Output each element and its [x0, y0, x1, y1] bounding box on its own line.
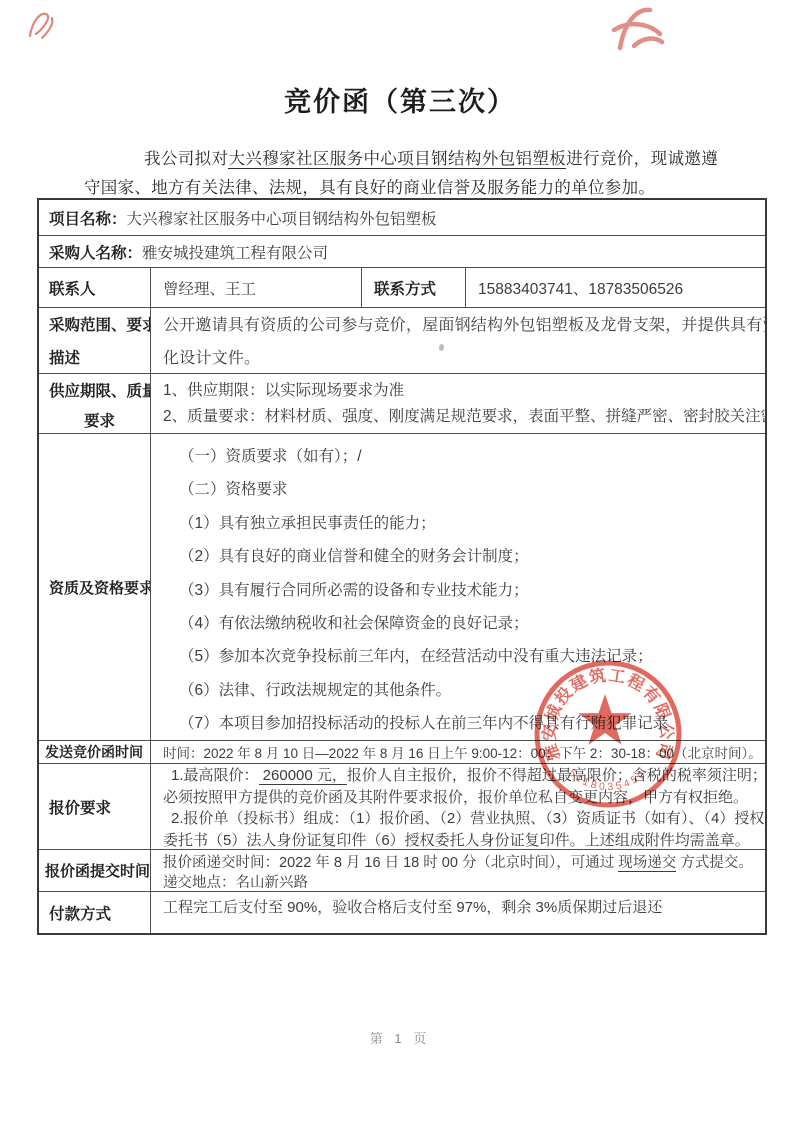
qualification-line: （5）参加本次竞争投标前三年内，在经营活动中没有重大违法记录；: [179, 640, 765, 673]
scan-speck: [439, 344, 444, 351]
quote-req-line2: 必须按照甲方提供的竞价函及其附件要求报价，报价单位私自变更内容，甲方有权拒绝。: [163, 787, 765, 809]
submit-time-line1-pre: 报价函递交时间：2022 年 8 月 16 日 18 时 00 分（北京时间），…: [163, 855, 618, 871]
table-row-quote-req: 报价要求 1.最高限价： 260000 元，报价人自主报价，报价不得超过最高限价…: [39, 763, 765, 849]
scope-content-cell: 公开邀请具有资质的公司参与竞价，屋面钢结构外包铝塑板及龙骨支架，并提供具有资质单…: [150, 308, 765, 373]
scope-label-line2: 描述: [49, 342, 150, 373]
qualification-line: （7）本项目参加招投标活动的投标人在前三年内不得具有行贿犯罪记录: [179, 707, 765, 740]
table-row-scope: 采购范围、要求 描述 公开邀请具有资质的公司参与竞价，屋面钢结构外包铝塑板及龙骨…: [39, 307, 765, 373]
scope-line1: 公开邀请具有资质的公司参与竞价，屋面钢结构外包铝塑板及龙骨支架，并提供具有资质单…: [163, 308, 765, 342]
page-title: 竞价函（第三次）: [0, 80, 800, 119]
purchaser-value: 雅安城投建筑工程有限公司: [142, 245, 328, 262]
contact-label-cell: 联系人: [39, 268, 150, 307]
scope-label-line1: 采购范围、要求: [49, 308, 150, 342]
qualification-line: （6）法律、行政法规规定的其他条件。: [179, 674, 765, 707]
quote-req-label-cell: 报价要求: [39, 764, 150, 849]
table-row-supply: 供应期限、质量 要求 1、供应期限：以实际现场要求为准 2、质量要求：材料材质、…: [39, 373, 765, 433]
qualification-label-cell: 资质及资格要求: [39, 434, 150, 740]
table-row-contact: 联系人 曾经理、王工 联系方式 15883403741、18783506526: [39, 267, 765, 307]
red-ink-artifact-left: [22, 4, 62, 44]
max-price-underlined: 260000 元，: [259, 767, 347, 785]
supply-content-cell: 1、供应期限：以实际现场要求为准 2、质量要求：材料材质、强度、刚度满足规范要求…: [150, 374, 765, 433]
payment-value-cell: 工程完工后支付至 90%，验收合格后支付至 97%，剩余 3%质保期过后退还: [150, 892, 765, 933]
scope-label-cell: 采购范围、要求 描述: [39, 308, 150, 373]
project-cell: 项目名称：大兴穆家社区服务中心项目钢结构外包铝塑板: [39, 207, 437, 229]
intro-pre: 我公司拟对: [144, 150, 228, 168]
quote-req-line1-post: 报价人自主报价，报价不得超过最高限价；含税的税率须注明；报价: [347, 767, 765, 784]
qualification-line: （2）具有良好的商业信誉和健全的财务会计制度；: [179, 540, 765, 573]
quote-req-line1-pre: 1.最高限价：: [171, 767, 259, 784]
table-row-purchaser: 采购人名称：雅安城投建筑工程有限公司: [39, 235, 765, 267]
submit-time-line2: 递交地点：名山新兴路: [163, 873, 765, 891]
qualification-line: （4）有依法缴纳税收和社会保障资金的良好记录；: [179, 607, 765, 640]
page-number: 第 1 页: [0, 1028, 800, 1047]
send-time-value-cell: 时间：2022 年 8 月 10 日—2022 年 8 月 16 日上午 9:0…: [150, 741, 765, 763]
table-row-qualification: 资质及资格要求 （一）资质要求（如有）；/ （二）资格要求 （1）具有独立承担民…: [39, 433, 765, 740]
submit-time-label-cell: 报价函提交时间: [39, 850, 150, 891]
contact-name-cell: 曾经理、王工: [150, 268, 361, 307]
supply-label-cell: 供应期限、质量 要求: [39, 374, 150, 433]
red-ink-artifact-right: [606, 0, 668, 52]
payment-label-cell: 付款方式: [39, 892, 150, 933]
submit-method-underlined: 现场递交: [618, 855, 676, 872]
quote-req-line3: 2.报价单（投标书）组成：（1）报价函、（2）营业执照、（3）资质证书（如有）、…: [163, 808, 765, 830]
table-row-payment: 付款方式 工程完工后支付至 90%，验收合格后支付至 97%，剩余 3%质保期过…: [39, 891, 765, 933]
supply-label-line2: 要求: [49, 407, 150, 433]
project-label: 项目名称：: [49, 211, 127, 228]
document-page: 竞价函（第三次） 我公司拟对大兴穆家社区服务中心项目钢结构外包铝塑板进行竞价，现…: [0, 0, 800, 1131]
send-time-label-cell: 发送竞价函时间: [39, 741, 150, 763]
scope-line2: 化设计文件。: [163, 342, 765, 373]
supply-label-line1: 供应期限、质量: [49, 374, 150, 407]
qualification-line: （1）具有独立承担民事责任的能力；: [179, 507, 765, 540]
quote-req-line4: 委托书（5）法人身份证复印件（6）授权委托人身份证复印件。上述组成附件均需盖章。: [163, 830, 765, 850]
submit-time-content-cell: 报价函递交时间：2022 年 8 月 16 日 18 时 00 分（北京时间），…: [150, 850, 765, 891]
quote-req-content-cell: 1.最高限价： 260000 元，报价人自主报价，报价不得超过最高限价；含税的税…: [150, 764, 765, 849]
purchaser-cell: 采购人名称：雅安城投建筑工程有限公司: [39, 241, 328, 263]
supply-line1: 1、供应期限：以实际现场要求为准: [163, 374, 765, 404]
table-row-send-time: 发送竞价函时间 时间：2022 年 8 月 10 日—2022 年 8 月 16…: [39, 740, 765, 763]
submit-time-line1: 报价函递交时间：2022 年 8 月 16 日 18 时 00 分（北京时间），…: [163, 850, 765, 873]
purchaser-label: 采购人名称：: [49, 245, 142, 262]
qualification-line: （3）具有履行合同所必需的设备和专业技术能力；: [179, 574, 765, 607]
qualification-line: （一）资质要求（如有）；/: [179, 440, 765, 473]
supply-line2: 2、质量要求：材料材质、强度、刚度满足规范要求，表面平整、拼缝严密、密封胶关注密…: [163, 404, 765, 430]
bid-info-table: 项目名称：大兴穆家社区服务中心项目钢结构外包铝塑板 采购人名称：雅安城投建筑工程…: [37, 198, 767, 935]
submit-time-line1-post: 方式提交。: [676, 855, 753, 871]
contact-method-label-cell: 联系方式: [361, 268, 465, 307]
contact-method-value-cell: 15883403741、18783506526: [465, 268, 765, 307]
quote-req-line1: 1.最高限价： 260000 元，报价人自主报价，报价不得超过最高限价；含税的税…: [163, 764, 765, 787]
intro-paragraph: 我公司拟对大兴穆家社区服务中心项目钢结构外包铝塑板进行竞价，现诚邀遵守国家、地方…: [84, 145, 718, 203]
qualification-content-cell: （一）资质要求（如有）；/ （二）资格要求 （1）具有独立承担民事责任的能力； …: [150, 434, 765, 740]
project-value: 大兴穆家社区服务中心项目钢结构外包铝塑板: [127, 211, 437, 228]
qualification-line: （二）资格要求: [179, 473, 765, 506]
table-row-submit-time: 报价函提交时间 报价函递交时间：2022 年 8 月 16 日 18 时 00 …: [39, 849, 765, 891]
intro-underlined-project: 大兴穆家社区服务中心项目钢结构外包铝塑板: [228, 150, 566, 169]
table-row-project: 项目名称：大兴穆家社区服务中心项目钢结构外包铝塑板: [39, 200, 765, 235]
